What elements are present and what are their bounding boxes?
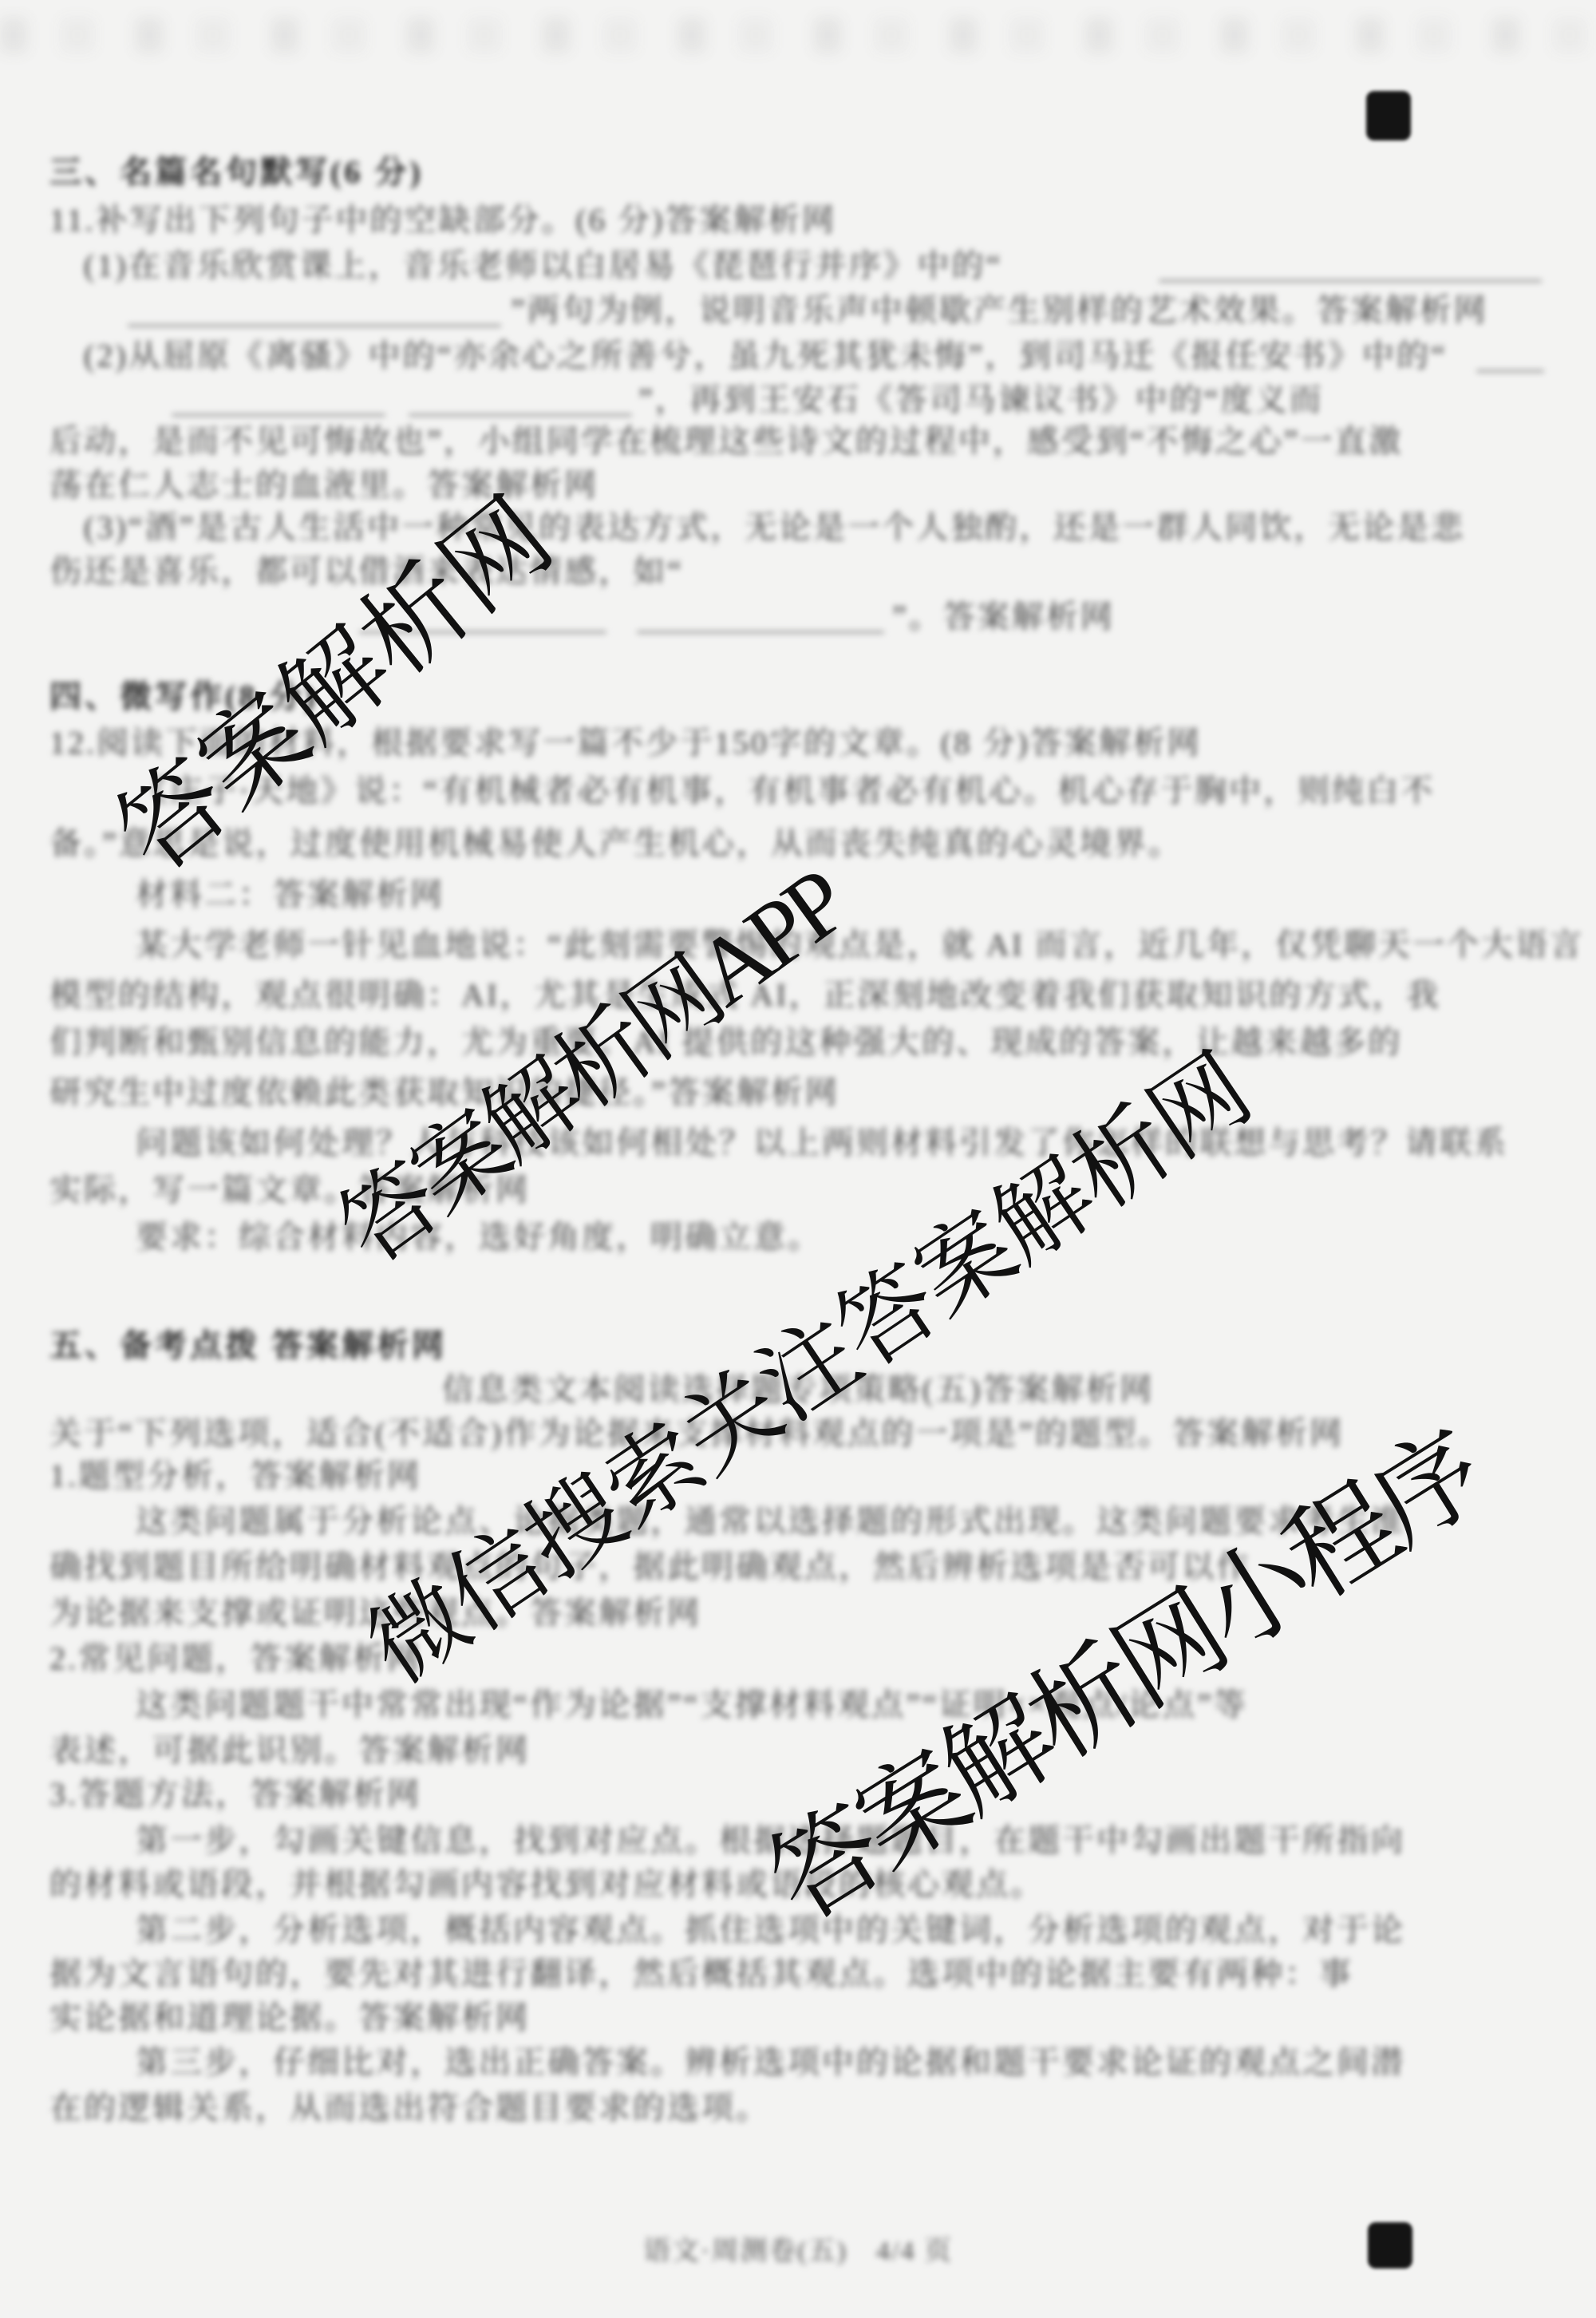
text-line: 备。”意思是说，过度使用机械易使人产生机心，从而丧失纯真的心灵境界。 bbox=[49, 825, 1183, 862]
text-line: 这类问题题干中常常出现“作为论据”“支撑材料观点”“证明××观点/论点”等 bbox=[136, 1687, 1248, 1723]
text-line: 材料二：答案解析网 bbox=[136, 876, 444, 913]
text-line: 们判断和甄别信息的能力，尤为重要。AI 提供的这种强大的、现成的答案，让越来越多… bbox=[49, 1024, 1402, 1061]
text-line: 在的逻辑关系，从而选出符合题目要求的选项。 bbox=[49, 2090, 770, 2126]
text-line: 五、备考点拨 答案解析网 bbox=[49, 1327, 447, 1364]
text-line: 三、名篇名句默写(6 分) bbox=[49, 154, 424, 191]
text-line: 为论据来支撑或证明这些观点。答案解析网 bbox=[49, 1595, 701, 1632]
text-line: 的材料或语段，并根据勾画内容找到对应材料或语段的核心观点。 bbox=[49, 1866, 1045, 1903]
text-line: 第三步，仔细比对，选出正确答案。辨析选项中的论据和题干要求论证的观点之间潜 bbox=[136, 2044, 1405, 2081]
text-line: 问题该如何处理？人与科技该如何相处？以上两则材料引发了你怎样的联想与思考？请联系 bbox=[136, 1125, 1508, 1161]
text-line: 1.题型分析，答案解析网 bbox=[49, 1458, 421, 1494]
document-text-layer: 语文·周测卷(五) 4/4 页 三、名篇名句默写(6 分)11.补写出下列句子中… bbox=[0, 0, 1596, 2318]
text-line: 实际，写一篇文章。答案解析网 bbox=[49, 1172, 530, 1208]
text-line: (3)“酒”是古人生活中一种常见的表达方式，无论是一个人独酌，还是一群人同饮，无… bbox=[84, 509, 1465, 546]
registration-mark-bottom-right bbox=[1368, 2222, 1412, 2269]
text-line: ”。答案解析网 bbox=[892, 599, 1115, 635]
text-line: 四、微写作(8 分) bbox=[49, 678, 318, 715]
text-line: 关于“下列选项，适合(不适合)作为论据来支撑材料观点的一项是”的题型。答案解析网 bbox=[49, 1415, 1344, 1452]
text-line: 后动，是而不见可悔故也”，小组同学在梳理这些诗文的过程中，感受到“不悔之心”一直… bbox=[49, 423, 1403, 460]
text-line: 实论据和道理论据。答案解析网 bbox=[49, 2000, 530, 2036]
answer-blank-line bbox=[1476, 370, 1544, 373]
page-footer: 语文·周测卷(五) 4/4 页 bbox=[0, 2229, 1596, 2268]
text-line: (2)从屈原《离骚》中的“亦余心之所善兮，虽九死其犹未悔”，到司马迁《报任安书》… bbox=[84, 338, 1448, 374]
text-line: 荡在仁人志士的血液里。答案解析网 bbox=[49, 467, 598, 504]
text-line: 2.常见问题，答案解析网 bbox=[49, 1640, 421, 1677]
text-line: 模型的结构，观点很明确：AI，尤其是生成式 AI，正深刻地改变着我们获取知识的方… bbox=[49, 977, 1440, 1014]
text-line: 要求：综合材料内容，选好角度，明确立意。 bbox=[136, 1219, 822, 1256]
text-line: 这类问题属于分析论点、论据类题，通常以选择题的形式出现。这类问题要求考生准 bbox=[136, 1503, 1405, 1540]
text-line: 第二步，分析选项，概括内容观点。抓住选项中的关键词，分析选项的观点，对于论 bbox=[136, 1912, 1405, 1948]
text-line: 11.补写出下列句子中的空缺部分。(6 分)答案解析网 bbox=[49, 202, 836, 239]
text-line: 《庄子·天地》说：“有机械者必有机事，有机事者必有机心。机心存于胸中，则纯白不 bbox=[136, 773, 1435, 809]
registration-mark-top-right bbox=[1366, 91, 1411, 140]
text-line: 伤还是喜乐，都可以借酒来表达情感，如“ bbox=[49, 553, 684, 590]
text-line: 确找到题目所给明确材料观点的句子，据此明确观点，然后辨析选项是否可以作 bbox=[49, 1549, 1250, 1585]
text-line: ”，再到王安石《答司马谏议书》中的“度义而 bbox=[638, 382, 1324, 418]
scanned-page: 语文·周测卷(五) 4/4 页 三、名篇名句默写(6 分)11.补写出下列句子中… bbox=[0, 0, 1596, 2318]
text-line: 表述，可据此识别。答案解析网 bbox=[49, 1732, 530, 1769]
text-line: 某大学老师一针见血地说：“此刻需要警惕的观点是，就 AI 而言，近几年，仅凭聊天… bbox=[136, 927, 1584, 963]
answer-blank-line bbox=[409, 413, 632, 417]
answer-blank-line bbox=[359, 631, 606, 634]
text-line: 第一步，勾画关键信息，找到对应点。根据选择题题目，在题干中勾画出题干所指向 bbox=[136, 1822, 1405, 1859]
text-line: 12.阅读下面的材料，根据要求写一篇不少于150字的文章。(8 分)答案解析网 bbox=[49, 725, 1202, 761]
text-line: 研究生中过度依赖此类获取知识的捷径。”答案解析网 bbox=[49, 1074, 839, 1111]
text-line: 据为文言语句的，要先对其进行翻译，然后概括其观点。选项中的论据主要有两种：事 bbox=[49, 1956, 1353, 1992]
text-line: 信息类文本阅读选择题专项策略(五)答案解析网 bbox=[0, 1371, 1596, 1408]
answer-blank-line bbox=[1159, 279, 1542, 283]
text-line: ”两句为例，说明音乐声中顿歇产生别样的艺术效果。答案解析网 bbox=[511, 292, 1488, 329]
answer-blank-line bbox=[637, 631, 884, 634]
text-line: (1)在音乐欣赏课上，音乐老师以白居易《琵琶行并序》中的“ bbox=[84, 247, 1002, 284]
answer-blank-line bbox=[128, 324, 501, 327]
answer-blank-line bbox=[172, 413, 385, 417]
text-line: 3.答题方法，答案解析网 bbox=[49, 1776, 421, 1813]
